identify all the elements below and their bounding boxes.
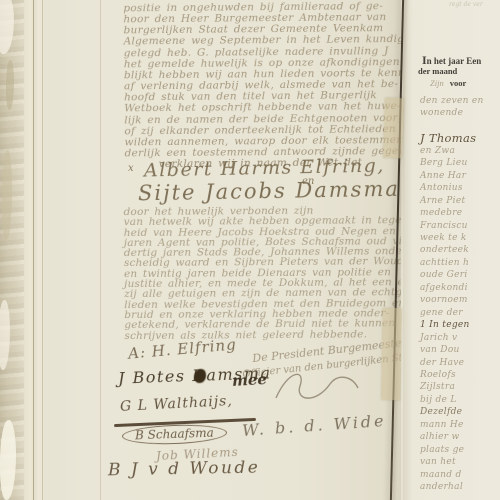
printed-form-line: Zijnvoor (430, 78, 466, 88)
signature-schaafsma-circled: B Schaafsma (122, 423, 227, 446)
manuscript-line: en Zwa (420, 145, 484, 157)
repair-tape-strip (381, 308, 402, 400)
manuscript-line: Roelofs (420, 369, 484, 381)
page-crease-line (33, 0, 34, 500)
manuscript-line: oude Geri (420, 269, 484, 281)
manuscript-line: Arne Piet (420, 195, 484, 207)
paraph-flourish (272, 366, 362, 408)
margin-mark: x (128, 163, 134, 174)
manuscript-line: Berg Lieu (420, 157, 484, 169)
official-word-fragment: mee (232, 370, 268, 390)
printed-form-line: der maand (418, 66, 457, 76)
manuscript-line: wonende (420, 107, 484, 119)
left-page-fold-line (100, 0, 101, 500)
witnesses-paragraph: door het huwelijk verbonden zijnvan hetw… (124, 205, 401, 341)
manuscript-line: achttien h (420, 257, 484, 269)
manuscript-line: der Have (420, 357, 484, 369)
manuscript-line: 1 In tegen (420, 319, 484, 331)
manuscript-line: alhier w (420, 431, 484, 443)
bride-name: Sijte Jacobs Damsma (138, 177, 400, 206)
manuscript-line: mann He (420, 419, 484, 431)
manuscript-line: maand d (420, 469, 484, 481)
manuscript-line: afgekondi (420, 282, 484, 294)
faint-page-header: regt de ver (449, 1, 483, 8)
manuscript-line: medebre (420, 207, 484, 219)
repair-tape-strip (383, 98, 404, 159)
manuscript-line: J Thomas (420, 132, 484, 144)
manuscript-line: bij de L (420, 394, 484, 406)
signature-oval-ring: B Schaafsma (122, 423, 227, 446)
manuscript-line: den zeven en (420, 95, 484, 107)
manuscript-line: gene der (420, 307, 484, 319)
manuscript-line: Franciscu (420, 220, 484, 232)
manuscript-line: van het (420, 456, 484, 468)
act-closing-paragraph: positie in ongehuwden bij familieraad of… (123, 1, 401, 171)
official-signature: W. b. d. Wide (242, 411, 388, 440)
right-page: regt de ver In het jaar Een der maand Zi… (403, 0, 500, 500)
handwritten-fill-in: Zijn (430, 78, 444, 88)
manuscript-line: schrijven als zulks niet geleerd hebbend… (124, 328, 401, 340)
book-page-edges (0, 0, 46, 500)
manuscript-line: van Dou (420, 344, 484, 356)
manuscript-line: Jarich v (420, 332, 484, 344)
manuscript-line: week te k (420, 232, 484, 244)
manuscript-line: Antonius (420, 182, 484, 194)
manuscript-line: Dezelfde (420, 406, 484, 418)
manuscript-line: voornoem (420, 294, 484, 306)
manuscript-line: onderteek (420, 244, 484, 256)
signature-walthaijs: G L Walthaijs, (120, 393, 234, 415)
manuscript-line: Anne Har (420, 170, 484, 182)
register-book-photo: positie in ongehuwden bij familieraad of… (0, 0, 500, 500)
manuscript-line: anderhal (420, 481, 484, 493)
signature-woude: B J v d Woude (108, 458, 261, 481)
page-crease-line (42, 0, 43, 500)
left-page: positie in ongehuwden bij familieraad of… (44, 0, 401, 500)
next-act-manuscript: den zeven enwonende J Thomasen ZwaBerg L… (420, 95, 484, 494)
manuscript-line: plaats ge (420, 444, 484, 456)
manuscript-line: Zijlstra (420, 381, 484, 393)
